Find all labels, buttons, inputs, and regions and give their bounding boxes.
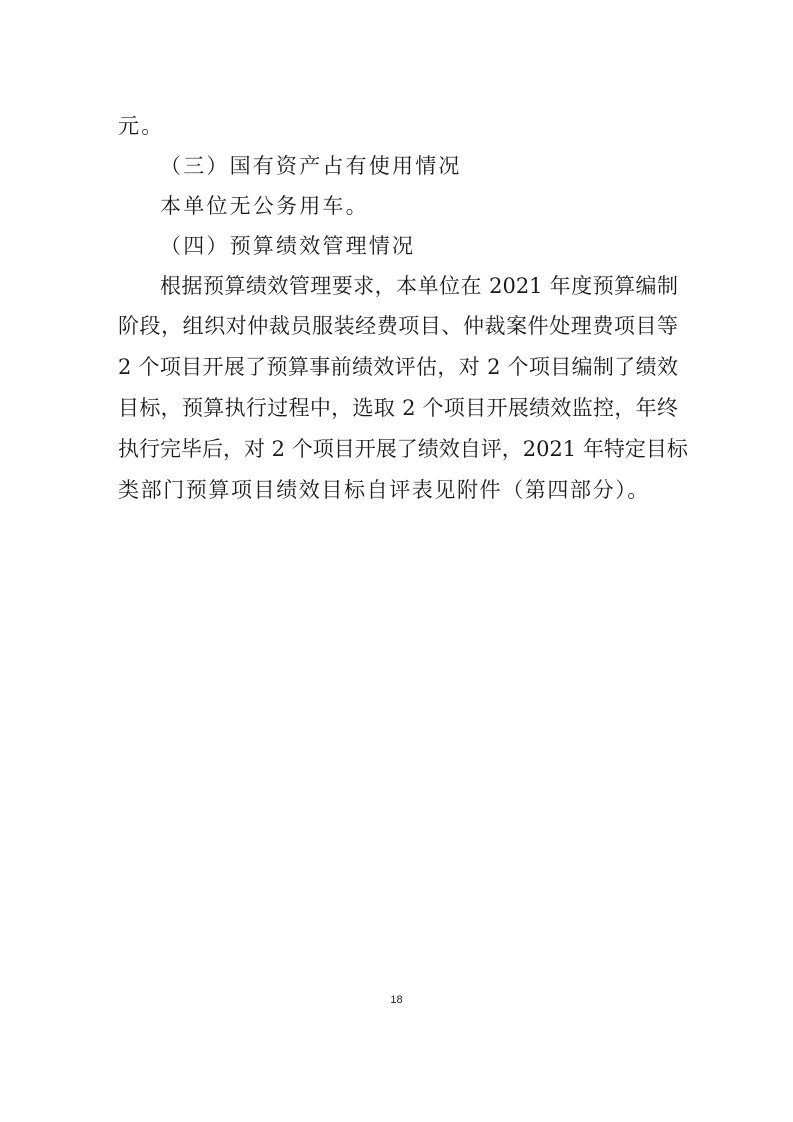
- paragraph-line: 2 个项目开展了预算事前绩效评估，对 2 个项目编制了绩效: [118, 353, 678, 381]
- paragraph-line: 阶段，组织对仲裁员服装经费项目、仲裁案件处理费项目等: [118, 312, 678, 340]
- page-number: 18: [0, 994, 793, 1006]
- document-page: 元。 （三）国有资产占有使用情况 本单位无公务用车。 （四）预算绩效管理情况 根…: [0, 0, 793, 1122]
- paragraph-continuation: 元。: [118, 112, 164, 140]
- section-heading-performance-management: （四）预算绩效管理情况: [160, 232, 415, 260]
- paragraph-no-vehicles: 本单位无公务用车。: [160, 192, 369, 220]
- paragraph-line: 执行完毕后，对 2 个项目开展了绩效自评，2021 年特定目标: [118, 435, 678, 463]
- paragraph-line-last: 类部门预算项目绩效目标自评表见附件（第四部分）。: [118, 476, 650, 504]
- paragraph-line: 目标，预算执行过程中，选取 2 个项目开展绩效监控，年终: [118, 394, 678, 422]
- paragraph-line: 根据预算绩效管理要求，本单位在 2021 年度预算编制: [160, 272, 678, 300]
- section-heading-state-assets: （三）国有资产占有使用情况: [160, 152, 462, 180]
